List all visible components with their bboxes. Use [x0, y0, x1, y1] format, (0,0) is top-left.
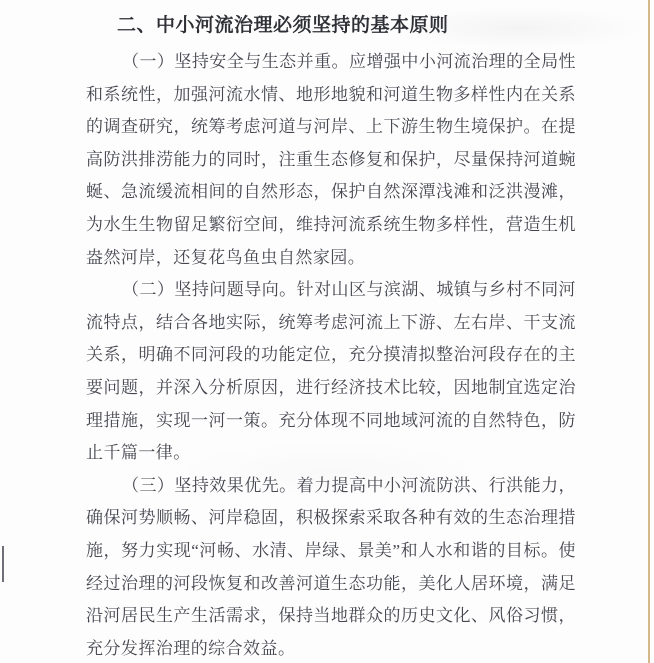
- text-line: 的调查研究，统筹考虑河道与河岸、上下游生物生境保护。在提: [86, 111, 576, 144]
- document-body: （一）坚持安全与生态并重。应增强中小河流治理的全局性 和系统性，加强河流水情、地…: [86, 46, 576, 663]
- text-line: 理措施，实现一河一策。充分体现不同地域河流的自然特色，防: [86, 405, 576, 438]
- text-line: （三）坚持效果优先。着力提高中小河流防洪、行洪能力，: [86, 470, 576, 503]
- text-line: 经过治理的河段恢复和改善河道生态功能，美化人居环境，满足: [86, 568, 576, 601]
- text-line: 施，努力实现“河畅、水清、岸绿、景美”和人水和谐的目标。使: [86, 535, 576, 568]
- text-line: 确保河势顺畅、河岸稳固，积极探索采取各种有效的生态治理措: [86, 502, 576, 535]
- document-page: 二、中小河流治理必须坚持的基本原则 （一）坚持安全与生态并重。应增强中小河流治理…: [0, 0, 654, 663]
- scan-artifact-line: [2, 546, 4, 582]
- text-line: 沿河居民生产生活需求，保持当地群众的历史文化、风俗习惯，: [86, 600, 576, 633]
- text-line: 止千篇一律。: [86, 437, 576, 470]
- text-line: 蜒、急流缓流相间的自然形态，保护自然深潭浅滩和泛洪漫滩，: [86, 176, 576, 209]
- text-line: 和系统性，加强河流水情、地形地貌和河道生物多样性内在关系: [86, 79, 576, 112]
- text-line: 为水生生物留足繁衍空间，维持河流系统生物多样性，营造生机: [86, 209, 576, 242]
- section-heading: 二、中小河流治理必须坚持的基本原则: [117, 13, 449, 39]
- text-line: 盎然河岸，还复花鸟鱼虫自然家园。: [86, 242, 576, 275]
- text-line: （二）坚持问题导向。针对山区与滨湖、城镇与乡村不同河: [86, 274, 576, 307]
- text-line: 充分发挥治理的综合效益。: [86, 633, 576, 663]
- text-line: （一）坚持安全与生态并重。应增强中小河流治理的全局性: [86, 46, 576, 79]
- text-line: 高防洪排涝能力的同时，注重生态修复和保护，尽量保持河道蜿: [86, 144, 576, 177]
- page-edge-line: [648, 0, 650, 663]
- text-line: 要问题，并深入分析原因，进行经济技术比较，因地制宜选定治: [86, 372, 576, 405]
- text-line: 关系，明确不同河段的功能定位，充分摸清拟整治河段存在的主: [86, 339, 576, 372]
- text-line: 流特点，结合各地实际，统筹考虑河流上下游、左右岸、干支流: [86, 307, 576, 340]
